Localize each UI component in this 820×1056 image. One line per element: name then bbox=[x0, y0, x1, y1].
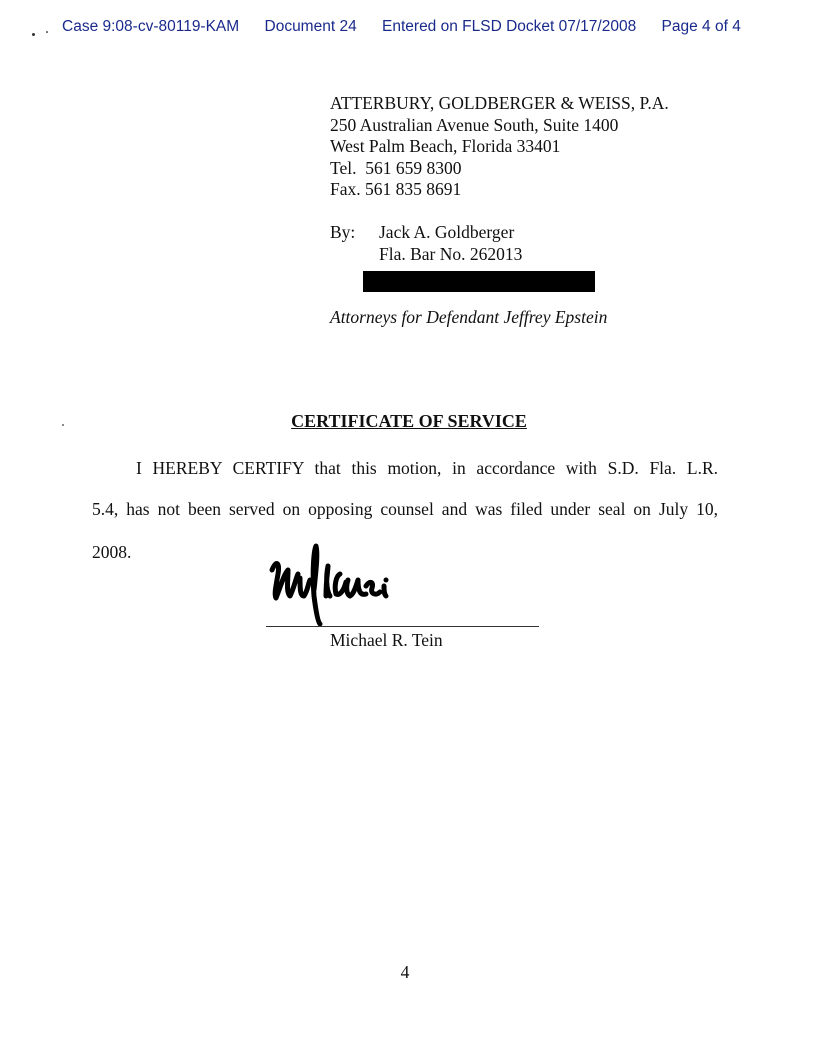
certificate-line-2: 5.4, has not been served on opposing cou… bbox=[92, 499, 718, 520]
attorney-name: Jack A. Goldberger bbox=[379, 222, 514, 242]
entered-date: Entered on FLSD Docket 07/17/2008 bbox=[382, 18, 636, 35]
firm-tel: Tel. 561 659 8300 bbox=[330, 158, 669, 180]
certificate-line-1: I HEREBY CERTIFY that this motion, in ac… bbox=[92, 458, 718, 479]
case-number: Case 9:08-cv-80119-KAM bbox=[62, 18, 239, 35]
scan-artifact bbox=[46, 31, 48, 33]
docket-header: Case 9:08-cv-80119-KAM Document 24 Enter… bbox=[62, 18, 762, 36]
firm-name: ATTERBURY, GOLDBERGER & WEISS, P.A. bbox=[330, 93, 669, 115]
certificate-title-text: CERTIFICATE OF SERVICE bbox=[291, 411, 527, 431]
page-indicator: Page 4 of 4 bbox=[662, 18, 741, 35]
bar-number: Fla. Bar No. 262013 bbox=[330, 244, 522, 266]
by-label: By: bbox=[330, 222, 379, 244]
scan-artifact bbox=[32, 33, 35, 36]
signer-name: Michael R. Tein bbox=[330, 630, 443, 651]
firm-fax: Fax. 561 835 8691 bbox=[330, 179, 669, 201]
signature-block: By:Jack A. Goldberger Fla. Bar No. 26201… bbox=[330, 222, 522, 265]
attorneys-for: Attorneys for Defendant Jeffrey Epstein bbox=[330, 307, 607, 328]
document-number: Document 24 bbox=[265, 18, 357, 35]
firm-block: ATTERBURY, GOLDBERGER & WEISS, P.A. 250 … bbox=[330, 93, 669, 201]
firm-address-1: 250 Australian Avenue South, Suite 1400 bbox=[330, 115, 669, 137]
firm-address-2: West Palm Beach, Florida 33401 bbox=[330, 136, 669, 158]
page-number: 4 bbox=[0, 962, 810, 983]
certificate-title: CERTIFICATE OF SERVICE bbox=[0, 411, 820, 432]
signature-line bbox=[266, 626, 539, 627]
handwritten-signature-icon bbox=[266, 540, 426, 630]
redaction-bar bbox=[363, 271, 595, 292]
